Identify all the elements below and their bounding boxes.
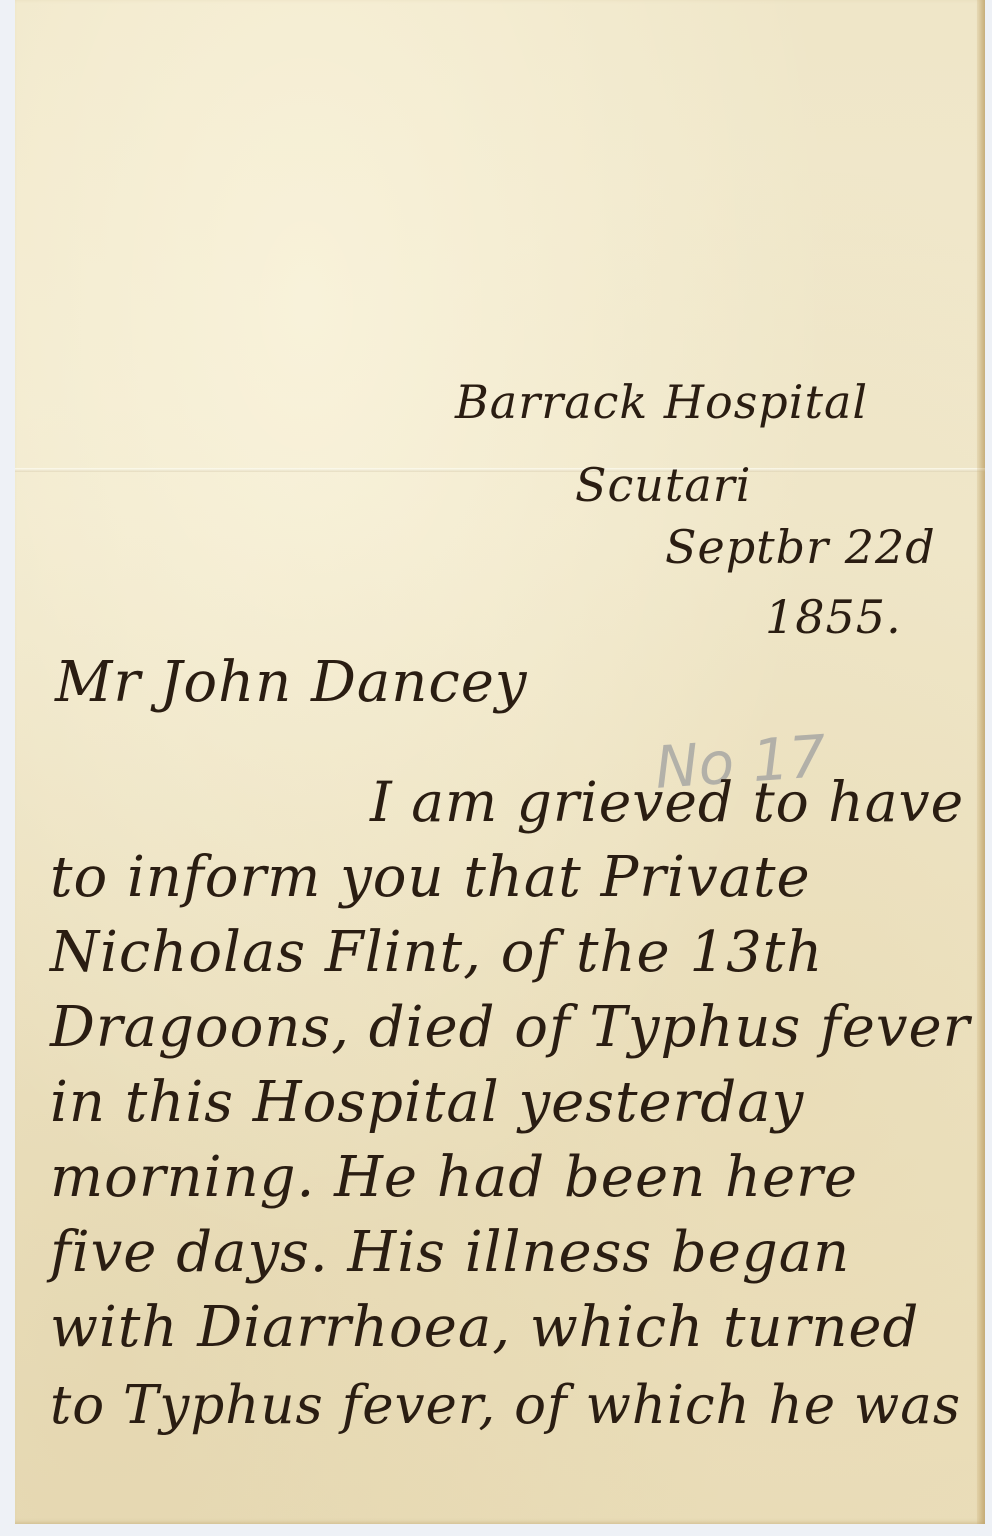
date-line-2: 1855. [765, 590, 902, 644]
body-line-9: to Typhus fever, of which he was [50, 1375, 961, 1436]
date-line-1: Septbr 22d [665, 520, 936, 574]
body-line-3: Nicholas Flint, of the 13th [50, 920, 823, 985]
body-line-2: to inform you that Private [50, 845, 811, 910]
paper-fold-crease [15, 468, 985, 472]
salutation: Mr John Dancey [55, 650, 528, 715]
body-line-4: Dragoons, died of Typhus fever [50, 995, 970, 1060]
body-line-8: with Diarrhoea, which turned [50, 1295, 919, 1360]
letter-page: Barrack Hospital Scutari Septbr 22d 1855… [15, 0, 985, 1524]
body-line-6: morning. He had been here [50, 1145, 858, 1210]
location-line-2: Scutari [575, 458, 752, 512]
body-line-1: I am grieved to have [370, 770, 964, 834]
location-line-1: Barrack Hospital [455, 375, 868, 429]
body-line-7: five days. His illness began [50, 1220, 850, 1285]
body-line-5: in this Hospital yesterday [50, 1070, 804, 1135]
